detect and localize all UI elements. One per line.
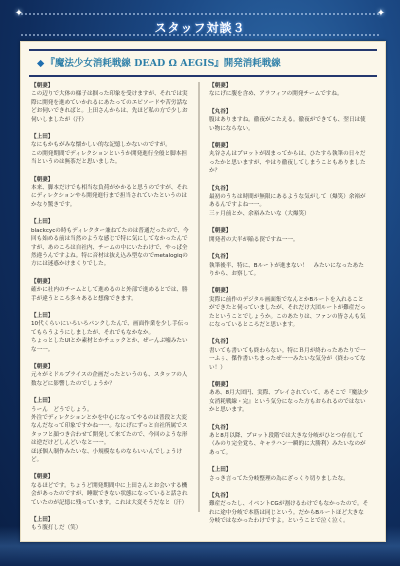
sparkle-icon: ✦	[14, 9, 24, 19]
speech-text: 元々がミドルプライスの企画だったというのも、スタッフの人数などに影響したのでしょ…	[31, 371, 191, 388]
section-title-text: 『魔法少女消耗戦線 DEAD Ω AEGIS』開発消耗戦線	[45, 58, 281, 69]
speech-text: なにげに腹を含め、アラフィフの開発チームですね。	[209, 90, 369, 98]
speaker-label: 【朝妻】	[31, 363, 191, 371]
dialogue-entry: 【丸谷】腹はありますね。徹夜がこたえる。徹夜ができても、翌日は使い物にならない。	[209, 108, 369, 133]
speaker-label: 【上田】	[31, 218, 191, 226]
dialogue-entry: 【朝妻】本来、脚本だけでも相当な負荷がかかると思うのですが、それにディレクション…	[31, 176, 191, 210]
interview-panel: ◆『魔法少女消耗戦線 DEAD Ω AEGIS』開発消耗戦線 【朝妻】この辺りで…	[20, 41, 386, 542]
dialogue-entry: 【朝妻】確かに社内のチームとして進めるのと外部で進めるとでは、勝手が違うところ多…	[31, 278, 191, 303]
header-dotted-line-top	[20, 13, 380, 15]
dialogue-entry: 【上田】うーん どうでしょう。 外注でディレクションとかを中心になってやるのは普…	[31, 397, 191, 464]
speaker-label: 【丸谷】	[209, 253, 369, 261]
right-column: 【朝妻】なにげに腹を含め、アラフィフの開発チームですね。【丸谷】腹はありますね。…	[209, 82, 369, 535]
dialogue-entry: 【朝妻】この辺りで大体の様子は掴った印象を受けますが、それでは実際に開発を進めて…	[31, 82, 191, 124]
speech-text: さっき言ってた分岐整理の為にざっくり切りましたな。	[209, 475, 369, 483]
diamond-bullet-icon: ◆	[37, 58, 44, 69]
speech-text: 書いても書いても終わらない。特にＢ月が終わったあたりで一一ふぅ、傑作書いちまった…	[209, 347, 369, 372]
speaker-label: 【朝妻】	[31, 473, 191, 481]
speech-text: 実際に前作のデジタル画面集でなんとかBルートを入れることができたと伺っていました…	[209, 296, 369, 330]
column-divider	[198, 82, 200, 512]
speech-text: 腹はありますね。徹夜がこたえる。徹夜ができても、翌日は使い物にならない。	[209, 116, 369, 133]
speech-text: 丸谷さんはプロットが固まってからは、ひたすら執筆の日々だったかと思いますが、やは…	[209, 150, 369, 175]
speech-text: 最初のうちは時間が無限にあるような気がして（爆笑）余裕があるんですよね一一。 三…	[209, 193, 369, 218]
speaker-label: 【丸谷】	[209, 424, 369, 432]
left-column: 【朝妻】この辺りで大体の様子は掴った印象を受けますが、それでは実際に開発を進めて…	[31, 82, 191, 542]
speech-text: なにもかもがみな懐かしい的な記憶しかないのですが。 この開発期間でディレクション…	[31, 141, 191, 166]
dialogue-entry: 【朝妻】元々がミドルプライスの企画だったというのも、スタッフの人数などに影響した…	[31, 363, 191, 388]
speech-text: ああ、8月大団円、実際、プレイされていて、あそこで『魔法少女消耗戦線・完』という…	[209, 389, 369, 414]
speech-text: blackcycの時もディレクター兼ねてたのは普通だったので、今回も始める前は当…	[31, 227, 191, 269]
speech-text: うーん どうでしょう。 外注でディレクションとかを中心になってやるのは普段と大変…	[31, 406, 191, 465]
dialogue-entry: 【丸谷】書いても書いても終わらない。特にＢ月が終わったあたりで一一ふぅ、傑作書い…	[209, 338, 369, 372]
dialogue-entry: 【朝妻】ああ、8月大団円、実際、プレイされていて、あそこで『魔法少女消耗戦線・完…	[209, 381, 369, 415]
dialogue-entry: 【上田】もう腹打しだ（笑）	[31, 516, 191, 533]
dialogue-entry: 【上田】blackcycの時もディレクター兼ねてたのは普通だったので、今回も始め…	[31, 218, 191, 268]
speaker-label: 【朝妻】	[31, 82, 191, 90]
dialogue-entry: 【丸谷】最初のうちは時間が無限にあるような気がして（爆笑）余裕があるんですよね一…	[209, 185, 369, 219]
dialogue-entry: 【朝妻】なるほどです。ちょうど開発期間中に上田さんとお会いする機会があったのです…	[31, 473, 191, 507]
section-title: ◆『魔法少女消耗戦線 DEAD Ω AEGIS』開発消耗戦線	[37, 55, 281, 69]
dialogue-entry: 【朝妻】開発者の大半が陥る罠ですね一一。	[209, 227, 369, 244]
speaker-label: 【上田】	[31, 516, 191, 524]
speaker-label: 【上田】	[31, 312, 191, 320]
speaker-label: 【朝妻】	[31, 278, 191, 286]
speaker-label: 【朝妻】	[209, 142, 369, 150]
speaker-label: 【丸谷】	[209, 338, 369, 346]
speech-text: この辺りで大体の様子は掴った印象を受けますが、それでは実際に開発を進めていかれる…	[31, 90, 191, 124]
speaker-label: 【上田】	[31, 397, 191, 405]
dialogue-entry: 【上田】さっき言ってた分岐整理の為にざっくり切りましたな。	[209, 466, 369, 483]
speaker-label: 【丸谷】	[209, 492, 369, 500]
speech-text: 確かに社内のチームとして進めるのと外部で進めるとでは、勝手が違うところ多々あると…	[31, 286, 191, 303]
speaker-label: 【上田】	[209, 466, 369, 474]
speaker-label: 【朝妻】	[209, 82, 369, 90]
section-title-bar: ◆『魔法少女消耗戦線 DEAD Ω AEGIS』開発消耗戦線	[29, 49, 377, 77]
speaker-label: 【朝妻】	[209, 381, 369, 389]
speech-text: なるほどです。ちょうど開発期間中に上田さんとお会いする機会があったのですが、睡眠…	[31, 482, 191, 507]
speaker-label: 【丸谷】	[209, 108, 369, 116]
dialogue-entry: 【丸谷】あと8月以降、プロット段階では大きな分岐がひとつ存在して（みのり完全覚ち…	[209, 424, 369, 458]
dialogue-entry: 【朝妻】なにげに腹を含め、アラフィフの開発チームですね。	[209, 82, 369, 99]
dialogue-entry: 【丸谷】難産だったし、イベントCGが割けるわけでもなかったので。それに途中分岐で…	[209, 492, 369, 526]
sparkle-icon: ✦	[376, 9, 386, 19]
page-header: ✦ ✦ スタッフ対談３	[0, 0, 400, 40]
dialogue-entry: 【朝妻】実際に前作のデジタル画面集でなんとかBルートを入れることができたと伺って…	[209, 287, 369, 329]
speech-text: 執筆後半、特に、Bルートが進まない！ みたいになったあたりから、お察して。	[209, 262, 369, 279]
header-dotted-line-bottom	[20, 34, 380, 36]
speech-text: もう腹打しだ（笑）	[31, 524, 191, 532]
speech-text: 開発者の大半が陥る罠ですね一一。	[209, 236, 369, 244]
speaker-label: 【朝妻】	[31, 176, 191, 184]
dialogue-entry: 【丸谷】執筆後半、特に、Bルートが進まない！ みたいになったあたりから、お察して…	[209, 253, 369, 278]
speech-text: 10代くらいにいろいろパンクしたんで、画面作業を少し手伝ってもらうようにしました…	[31, 320, 191, 354]
speech-text: あと8月以降、プロット段階では大きな分岐がひとつ存在して（みのり完全覚ち、キャラ…	[209, 432, 369, 457]
dialogue-entry: 【上田】10代くらいにいろいろパンクしたんで、画面作業を少し手伝ってもらうように…	[31, 312, 191, 354]
speech-text: 本来、脚本だけでも相当な負荷がかかると思うのですが、それにディレクションやら開発…	[31, 184, 191, 209]
speaker-label: 【朝妻】	[209, 287, 369, 295]
speaker-label: 【丸谷】	[209, 185, 369, 193]
speaker-label: 【上田】	[31, 133, 191, 141]
speaker-label: 【朝妻】	[209, 227, 369, 235]
speech-text: 難産だったし、イベントCGが割けるわけでもなかったので。それに途中分岐で本筋は同…	[209, 500, 369, 525]
dialogue-entry: 【上田】なにもかもがみな懐かしい的な記憶しかないのですが。 この開発期間でディレ…	[31, 133, 191, 167]
dialogue-entry: 【朝妻】丸谷さんはプロットが固まってからは、ひたすら執筆の日々だったかと思います…	[209, 142, 369, 176]
